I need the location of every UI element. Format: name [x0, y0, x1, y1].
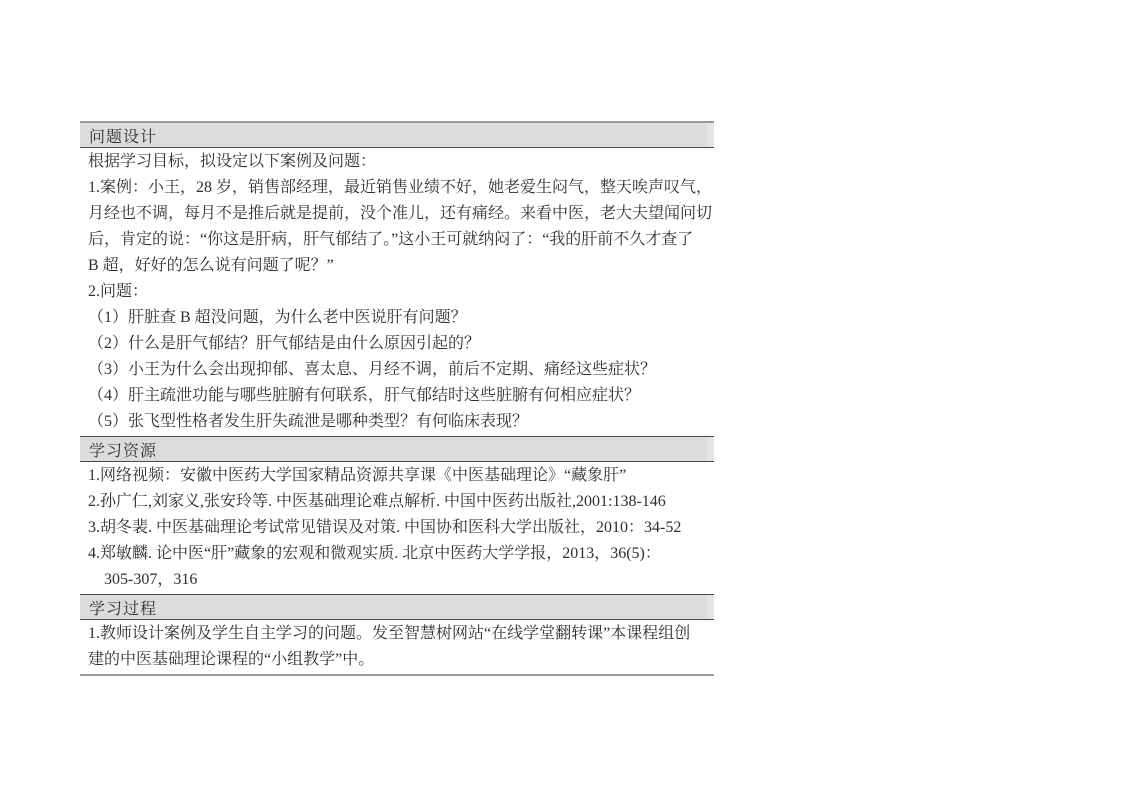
section-header-problem-design: 问题设计 — [80, 123, 714, 148]
text-line: 根据学习目标，拟设定以下案例及问题： — [88, 149, 706, 175]
lesson-plan-table: 问题设计 根据学习目标，拟设定以下案例及问题： 1.案例：小王，28 岁，销售部… — [80, 121, 714, 676]
text-line: （3）小王为什么会出现抑郁、喜太息、月经不调，前后不定期、痛经这些症状？ — [88, 357, 706, 383]
section-body-learning-process: 1.教师设计案例及学生自主学习的问题。发至智慧树网站“在线学堂翻转课”本课程组创… — [80, 620, 714, 674]
section-title: 学习过程 — [89, 596, 157, 619]
text-line: 月经也不调，每月不是推后就是提前，没个准儿，还有痛经。来看中医，老大夫望闻问切 — [88, 201, 706, 227]
text-line: 3.胡冬裴. 中医基础理论考试常见错误及对策. 中国协和医科大学出版社，2010… — [88, 515, 706, 541]
section-body-problem-design: 根据学习目标，拟设定以下案例及问题： 1.案例：小王，28 岁，销售部经理，最近… — [80, 148, 714, 436]
text-line: 1.网络视频：安徽中医药大学国家精品资源共享课《中医基础理论》“藏象肝” — [88, 463, 706, 489]
text-line: 2.问题： — [88, 279, 706, 305]
text-line: 1.教师设计案例及学生自主学习的问题。发至智慧树网站“在线学堂翻转课”本课程组创 — [88, 621, 706, 647]
section-title: 学习资源 — [89, 438, 157, 461]
section-learning-process: 学习过程 1.教师设计案例及学生自主学习的问题。发至智慧树网站“在线学堂翻转课”… — [80, 594, 714, 674]
section-learning-resources: 学习资源 1.网络视频：安徽中医药大学国家精品资源共享课《中医基础理论》“藏象肝… — [80, 436, 714, 594]
text-line: （5）张飞型性格者发生肝失疏泄是哪种类型？有何临床表现？ — [88, 409, 706, 435]
section-header-learning-resources: 学习资源 — [80, 436, 714, 462]
text-line: 建的中医基础理论课程的“小组教学”中。 — [88, 647, 706, 673]
section-body-learning-resources: 1.网络视频：安徽中医药大学国家精品资源共享课《中医基础理论》“藏象肝” 2.孙… — [80, 462, 714, 594]
text-line: （1）肝脏查 B 超没问题，为什么老中医说肝有问题？ — [88, 305, 706, 331]
section-header-learning-process: 学习过程 — [80, 594, 714, 620]
section-problem-design: 问题设计 根据学习目标，拟设定以下案例及问题： 1.案例：小王，28 岁，销售部… — [80, 123, 714, 436]
text-line: 2.孙广仁,刘家义,张安玲等. 中医基础理论难点解析. 中国中医药出版社,200… — [88, 489, 706, 515]
text-line: （2）什么是肝气郁结？肝气郁结是由什么原因引起的？ — [88, 331, 706, 357]
text-line: 305-307，316 — [88, 567, 706, 593]
document-page: 问题设计 根据学习目标，拟设定以下案例及问题： 1.案例：小王，28 岁，销售部… — [0, 0, 1123, 794]
text-line: 4.郑敏麟. 论中医“肝”藏象的宏观和微观实质. 北京中医药大学学报，2013，… — [88, 541, 706, 567]
text-line: （4）肝主疏泄功能与哪些脏腑有何联系，肝气郁结时这些脏腑有何相应症状？ — [88, 383, 706, 409]
text-line: B 超，好好的怎么说有问题了呢？” — [88, 253, 706, 279]
text-line: 后，肯定的说：“你这是肝病，肝气郁结了。”这小王可就纳闷了：“我的肝前不久才查了 — [88, 227, 706, 253]
text-line: 1.案例：小王，28 岁，销售部经理，最近销售业绩不好，她老爱生闷气，整天唉声叹… — [88, 175, 706, 201]
section-title: 问题设计 — [89, 124, 157, 147]
